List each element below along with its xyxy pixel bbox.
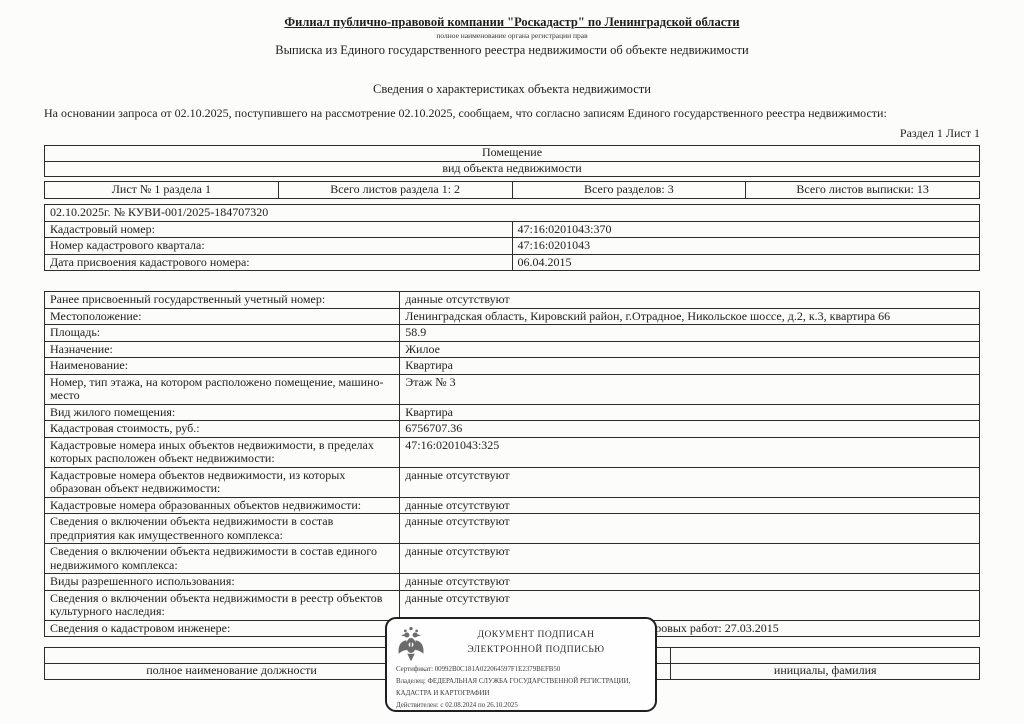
row-value: данные отсутствуют <box>400 514 980 544</box>
signature-space-cell <box>671 648 980 664</box>
section-sheet-marker: Раздел 1 Лист 1 <box>44 126 980 141</box>
row-label: Площадь: <box>45 325 400 342</box>
name-caption: инициалы, фамилия <box>671 664 980 680</box>
row-label: Местоположение: <box>45 308 400 325</box>
object-type-value: Помещение <box>45 146 980 162</box>
digital-signature-stamp: ДОКУМЕНТ ПОДПИСАН ЭЛЕКТРОННОЙ ПОДПИСЬЮ С… <box>385 617 657 712</box>
row-value: Жилое <box>400 341 980 358</box>
table-row: Кадастровая стоимость, руб.: 6756707.36 <box>45 421 980 438</box>
table-row: 02.10.2025г. № КУВИ-001/2025-184707320 <box>45 205 980 222</box>
object-type-caption: вид объекта недвижимости <box>45 161 980 177</box>
row-value: данные отсутствуют <box>400 292 980 309</box>
registry-org-caption: полное наименование органа регистрации п… <box>44 31 980 40</box>
row-label: Кадастровые номера образованных объектов… <box>45 497 400 514</box>
table-row: Сведения о включении объекта недвижимост… <box>45 544 980 574</box>
table-row: вид объекта недвижимости <box>45 161 980 177</box>
table-row: Виды разрешенного использования: данные … <box>45 574 980 591</box>
row-value: Квартира <box>400 404 980 421</box>
table-row: Площадь: 58.9 <box>45 325 980 342</box>
stamp-title-line1: ДОКУМЕНТ ПОДПИСАН <box>426 628 646 643</box>
row-label: Кадастровая стоимость, руб.: <box>45 421 400 438</box>
row-label: Сведения о включении объекта недвижимост… <box>45 544 400 574</box>
table-row: Наименование: Квартира <box>45 358 980 375</box>
table-row: Вид жилого помещения: Квартира <box>45 404 980 421</box>
row-label: Номер кадастрового квартала: <box>45 238 513 255</box>
row-label: Наименование: <box>45 358 400 375</box>
row-value: данные отсутствуют <box>400 544 980 574</box>
row-value: Этаж № 3 <box>400 374 980 404</box>
row-label: Кадастровый номер: <box>45 221 513 238</box>
stamp-owner: Владелец: ФЕДЕРАЛЬНАЯ СЛУЖБА ГОСУДАРСТВЕ… <box>396 676 646 700</box>
table-row: Сведения о включении объекта недвижимост… <box>45 514 980 544</box>
signature-space-cell <box>45 648 419 664</box>
sheet-info-cell: Всего разделов: 3 <box>512 182 746 199</box>
table-row: Кадастровые номера иных объектов недвижи… <box>45 437 980 467</box>
table-row: Лист № 1 раздела 1 Всего листов раздела … <box>45 182 980 199</box>
object-details-table: Ранее присвоенный государственный учетны… <box>44 291 980 637</box>
row-value: 47:16:0201043:370 <box>512 221 980 238</box>
row-value: 06.04.2015 <box>512 254 980 271</box>
table-row: Сведения о включении объекта недвижимост… <box>45 590 980 620</box>
section-title: Сведения о характеристиках объекта недви… <box>44 82 980 97</box>
row-value: Ленинградская область, Кировский район, … <box>400 308 980 325</box>
table-row: Назначение: Жилое <box>45 341 980 358</box>
object-type-table: Помещение вид объекта недвижимости <box>44 145 980 177</box>
row-value: данные отсутствуют <box>400 590 980 620</box>
table-row: Ранее присвоенный государственный учетны… <box>45 292 980 309</box>
table-row: Кадастровые номера образованных объектов… <box>45 497 980 514</box>
row-value: 47:16:0201043 <box>512 238 980 255</box>
request-number: 02.10.2025г. № КУВИ-001/2025-184707320 <box>45 205 980 222</box>
row-value: данные отсутствуют <box>400 467 980 497</box>
table-row: Кадастровый номер: 47:16:0201043:370 <box>45 221 980 238</box>
row-label: Кадастровые номера иных объектов недвижи… <box>45 437 400 467</box>
sheet-info-table: Лист № 1 раздела 1 Всего листов раздела … <box>44 181 980 199</box>
row-value: 6756707.36 <box>400 421 980 438</box>
row-label: Назначение: <box>45 341 400 358</box>
document-title: Выписка из Единого государственного реес… <box>44 43 980 58</box>
row-value: 47:16:0201043:325 <box>400 437 980 467</box>
sheet-info-cell: Всего листов раздела 1: 2 <box>278 182 512 199</box>
row-label: Сведения о включении объекта недвижимост… <box>45 590 400 620</box>
row-label: Номер, тип этажа, на котором расположено… <box>45 374 400 404</box>
row-label: Сведения о включении объекта недвижимост… <box>45 514 400 544</box>
row-value: 58.9 <box>400 325 980 342</box>
request-intro-text: На основании запроса от 02.10.2025, пост… <box>44 106 980 121</box>
row-label: Кадастровые номера объектов недвижимости… <box>45 467 400 497</box>
table-row: Номер кадастрового квартала: 47:16:02010… <box>45 238 980 255</box>
table-row: Номер, тип этажа, на котором расположено… <box>45 374 980 404</box>
sheet-info-cell: Лист № 1 раздела 1 <box>45 182 279 199</box>
row-label: Ранее присвоенный государственный учетны… <box>45 292 400 309</box>
stamp-validity: Действителен: с 02.08.2024 по 26.10.2025 <box>396 700 646 712</box>
table-row: Помещение <box>45 146 980 162</box>
row-label: Виды разрешенного использования: <box>45 574 400 591</box>
cadastral-id-table: 02.10.2025г. № КУВИ-001/2025-184707320 К… <box>44 204 980 271</box>
position-caption: полное наименование должности <box>45 664 419 680</box>
row-value: данные отсутствуют <box>400 574 980 591</box>
row-label: Дата присвоения кадастрового номера: <box>45 254 513 271</box>
stamp-title-line2: ЭЛЕКТРОННОЙ ПОДПИСЬЮ <box>426 643 646 658</box>
row-label: Сведения о кадастровом инженере: <box>45 620 400 637</box>
row-label: Вид жилого помещения: <box>45 404 400 421</box>
row-value: данные отсутствуют <box>400 497 980 514</box>
stamp-certificate: Сертификат: 00992B0C181A022064597F1E2379… <box>396 664 646 676</box>
row-value: Квартира <box>400 358 980 375</box>
table-row: Дата присвоения кадастрового номера: 06.… <box>45 254 980 271</box>
egrn-extract-page: Филиал публично-правовой компании "Роска… <box>0 0 1024 724</box>
table-row: Кадастровые номера объектов недвижимости… <box>45 467 980 497</box>
table-row: Местоположение: Ленинградская область, К… <box>45 308 980 325</box>
double-eagle-emblem-icon <box>396 625 426 663</box>
sheet-info-cell: Всего листов выписки: 13 <box>746 182 980 199</box>
registry-org-name: Филиал публично-правовой компании "Роска… <box>44 15 980 30</box>
